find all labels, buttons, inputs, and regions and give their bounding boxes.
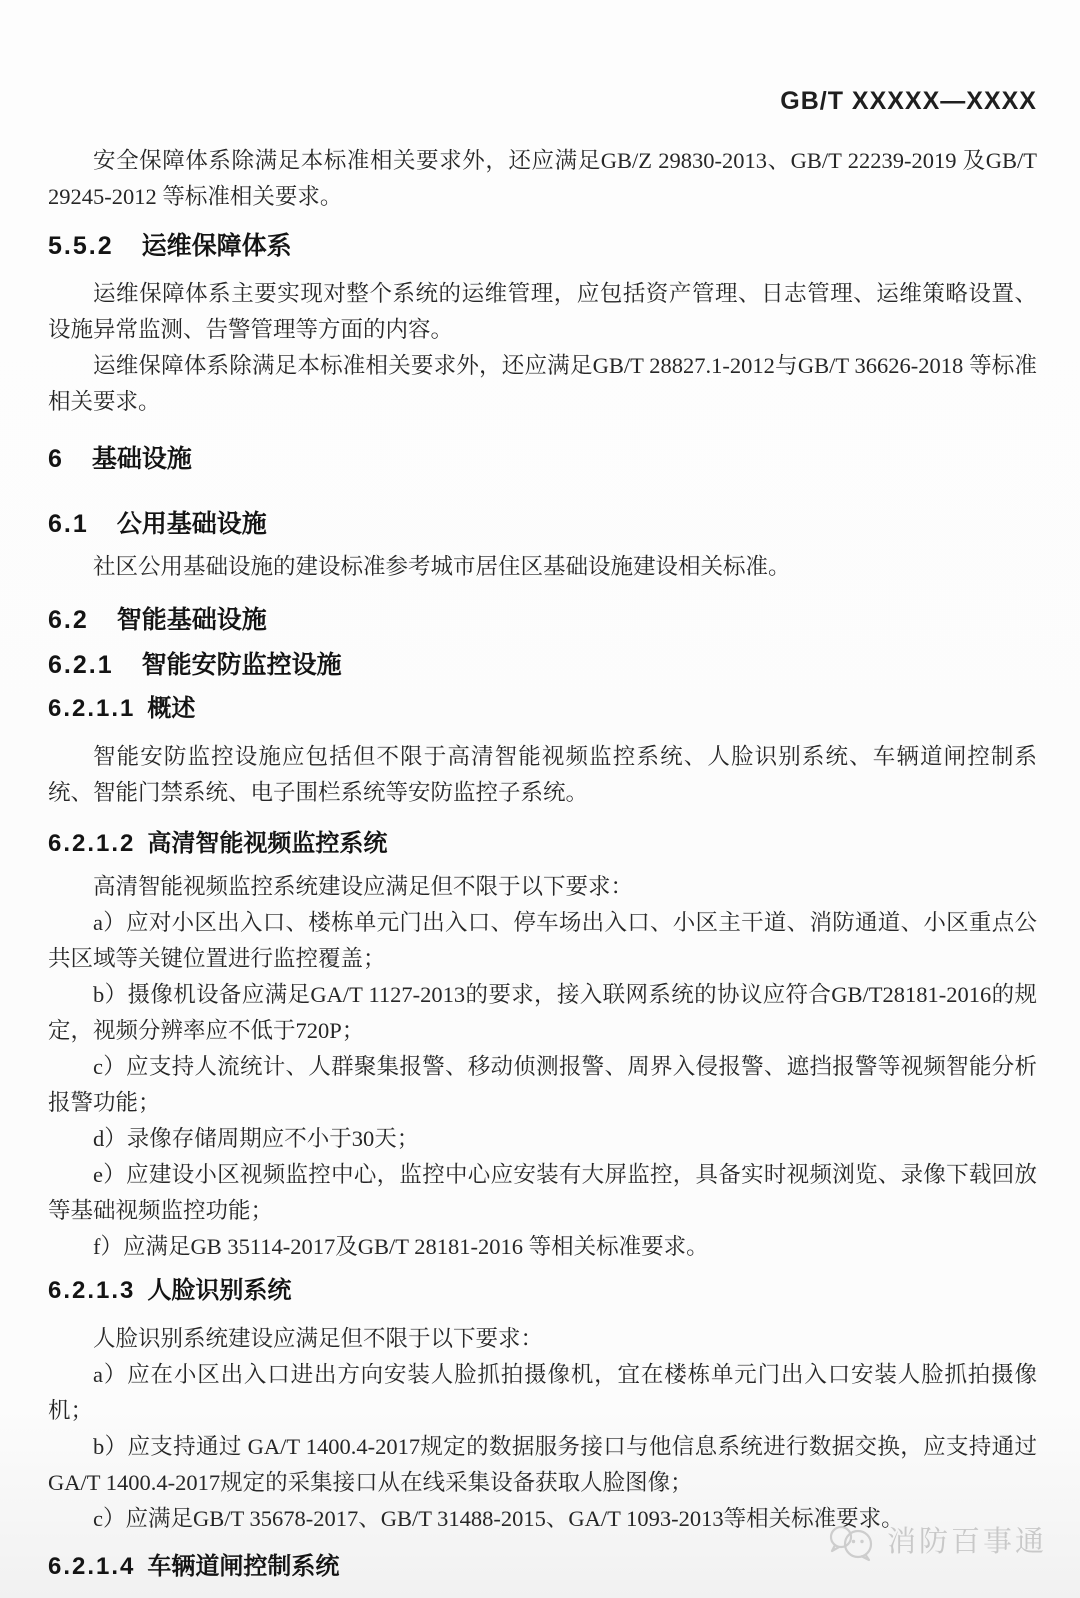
para-security-monitor-overview: 智能安防监控设施应包括但不限于高清智能视频监控系统、人脸识别系统、车辆道闸控制系… [48,739,1037,811]
heading-6-2-1-2: 6.2.1.2高清智能视频监控系统 [48,826,1037,862]
para-video-intro: 高清智能视频监控系统建设应满足但不限于以下要求： [48,869,1037,905]
heading-6: 6基础设施 [48,441,1037,477]
heading-title: 运维保障体系 [142,232,292,260]
heading-number: 6.2.1.3 [48,1277,135,1304]
heading-title: 人脸识别系统 [147,1277,291,1304]
watermark: 消防百事通 [827,1520,1047,1564]
heading-number: 6.1 [48,510,89,538]
heading-number: 6.2.1.4 [48,1553,135,1580]
heading-title: 智能基础设施 [117,606,267,634]
heading-number: 6.2 [48,606,89,634]
heading-5-5-2: 5.5.2运维保障体系 [48,228,1037,264]
doc-number: GB/T XXXXX—XXXX [48,86,1037,116]
heading-title: 概述 [147,695,195,722]
watermark-label: 消防百事通 [887,1521,1047,1563]
heading-number: 6.2.1 [48,651,114,679]
heading-6-1: 6.1公用基础设施 [48,506,1037,542]
list-item-a: a）应对小区出入口、楼栋单元门出入口、停车场出入口、小区主干道、消防通道、小区重… [48,905,1037,977]
heading-title: 车辆道闸控制系统 [147,1553,339,1580]
heading-number: 6.2.1.2 [48,830,135,857]
list-item-e: e）应建设小区视频监控中心，监控中心应安装有大屏监控，具备实时视频浏览、录像下载… [48,1157,1037,1229]
list-item-a: a）应在小区出入口进出方向安装人脸抓拍摄像机，宜在楼栋单元门出入口安装人脸抓拍摄… [48,1357,1037,1429]
heading-title: 基础设施 [92,445,192,473]
para-face-intro: 人脸识别系统建设应满足但不限于以下要求： [48,1321,1037,1357]
document-page: GB/T XXXXX—XXXX 安全保障体系除满足本标准相关要求外，还应满足GB… [0,0,1080,1598]
para-ops-system-1: 运维保障体系主要实现对整个系统的运维管理，应包括资产管理、日志管理、运维策略设置… [48,276,1037,348]
heading-title: 智能安防监控设施 [142,651,342,679]
wechat-icon [827,1520,877,1564]
para-public-infra: 社区公用基础设施的建设标准参考城市居住区基础设施建设相关标准。 [48,549,1037,585]
para-security-system: 安全保障体系除满足本标准相关要求外，还应满足GB/Z 29830-2013、GB… [48,143,1037,215]
heading-title: 公用基础设施 [117,510,267,538]
list-item-f: f）应满足GB 35114-2017及GB/T 28181-2016 等相关标准… [48,1229,1037,1265]
heading-title: 高清智能视频监控系统 [147,830,387,857]
para-ops-system-2: 运维保障体系除满足本标准相关要求外，还应满足GB/T 28827.1-2012与… [48,348,1037,420]
heading-number: 6 [48,445,64,473]
list-item-c: c）应支持人流统计、人群聚集报警、移动侦测报警、周界入侵报警、遮挡报警等视频智能… [48,1049,1037,1121]
heading-6-2-1-1: 6.2.1.1概述 [48,691,1037,727]
heading-number: 6.2.1.1 [48,695,135,722]
list-item-b: b）摄像机设备应满足GA/T 1127-2013的要求，接入联网系统的协议应符合… [48,977,1037,1049]
list-item-b: b）应支持通过 GA/T 1400.4-2017规定的数据服务接口与他信息系统进… [48,1429,1037,1501]
heading-6-2-1: 6.2.1智能安防监控设施 [48,647,1037,683]
heading-6-2-1-3: 6.2.1.3人脸识别系统 [48,1273,1037,1309]
list-item-d: d）录像存储周期应不小于30天； [48,1121,1037,1157]
heading-number: 5.5.2 [48,232,114,260]
heading-6-2: 6.2智能基础设施 [48,602,1037,638]
